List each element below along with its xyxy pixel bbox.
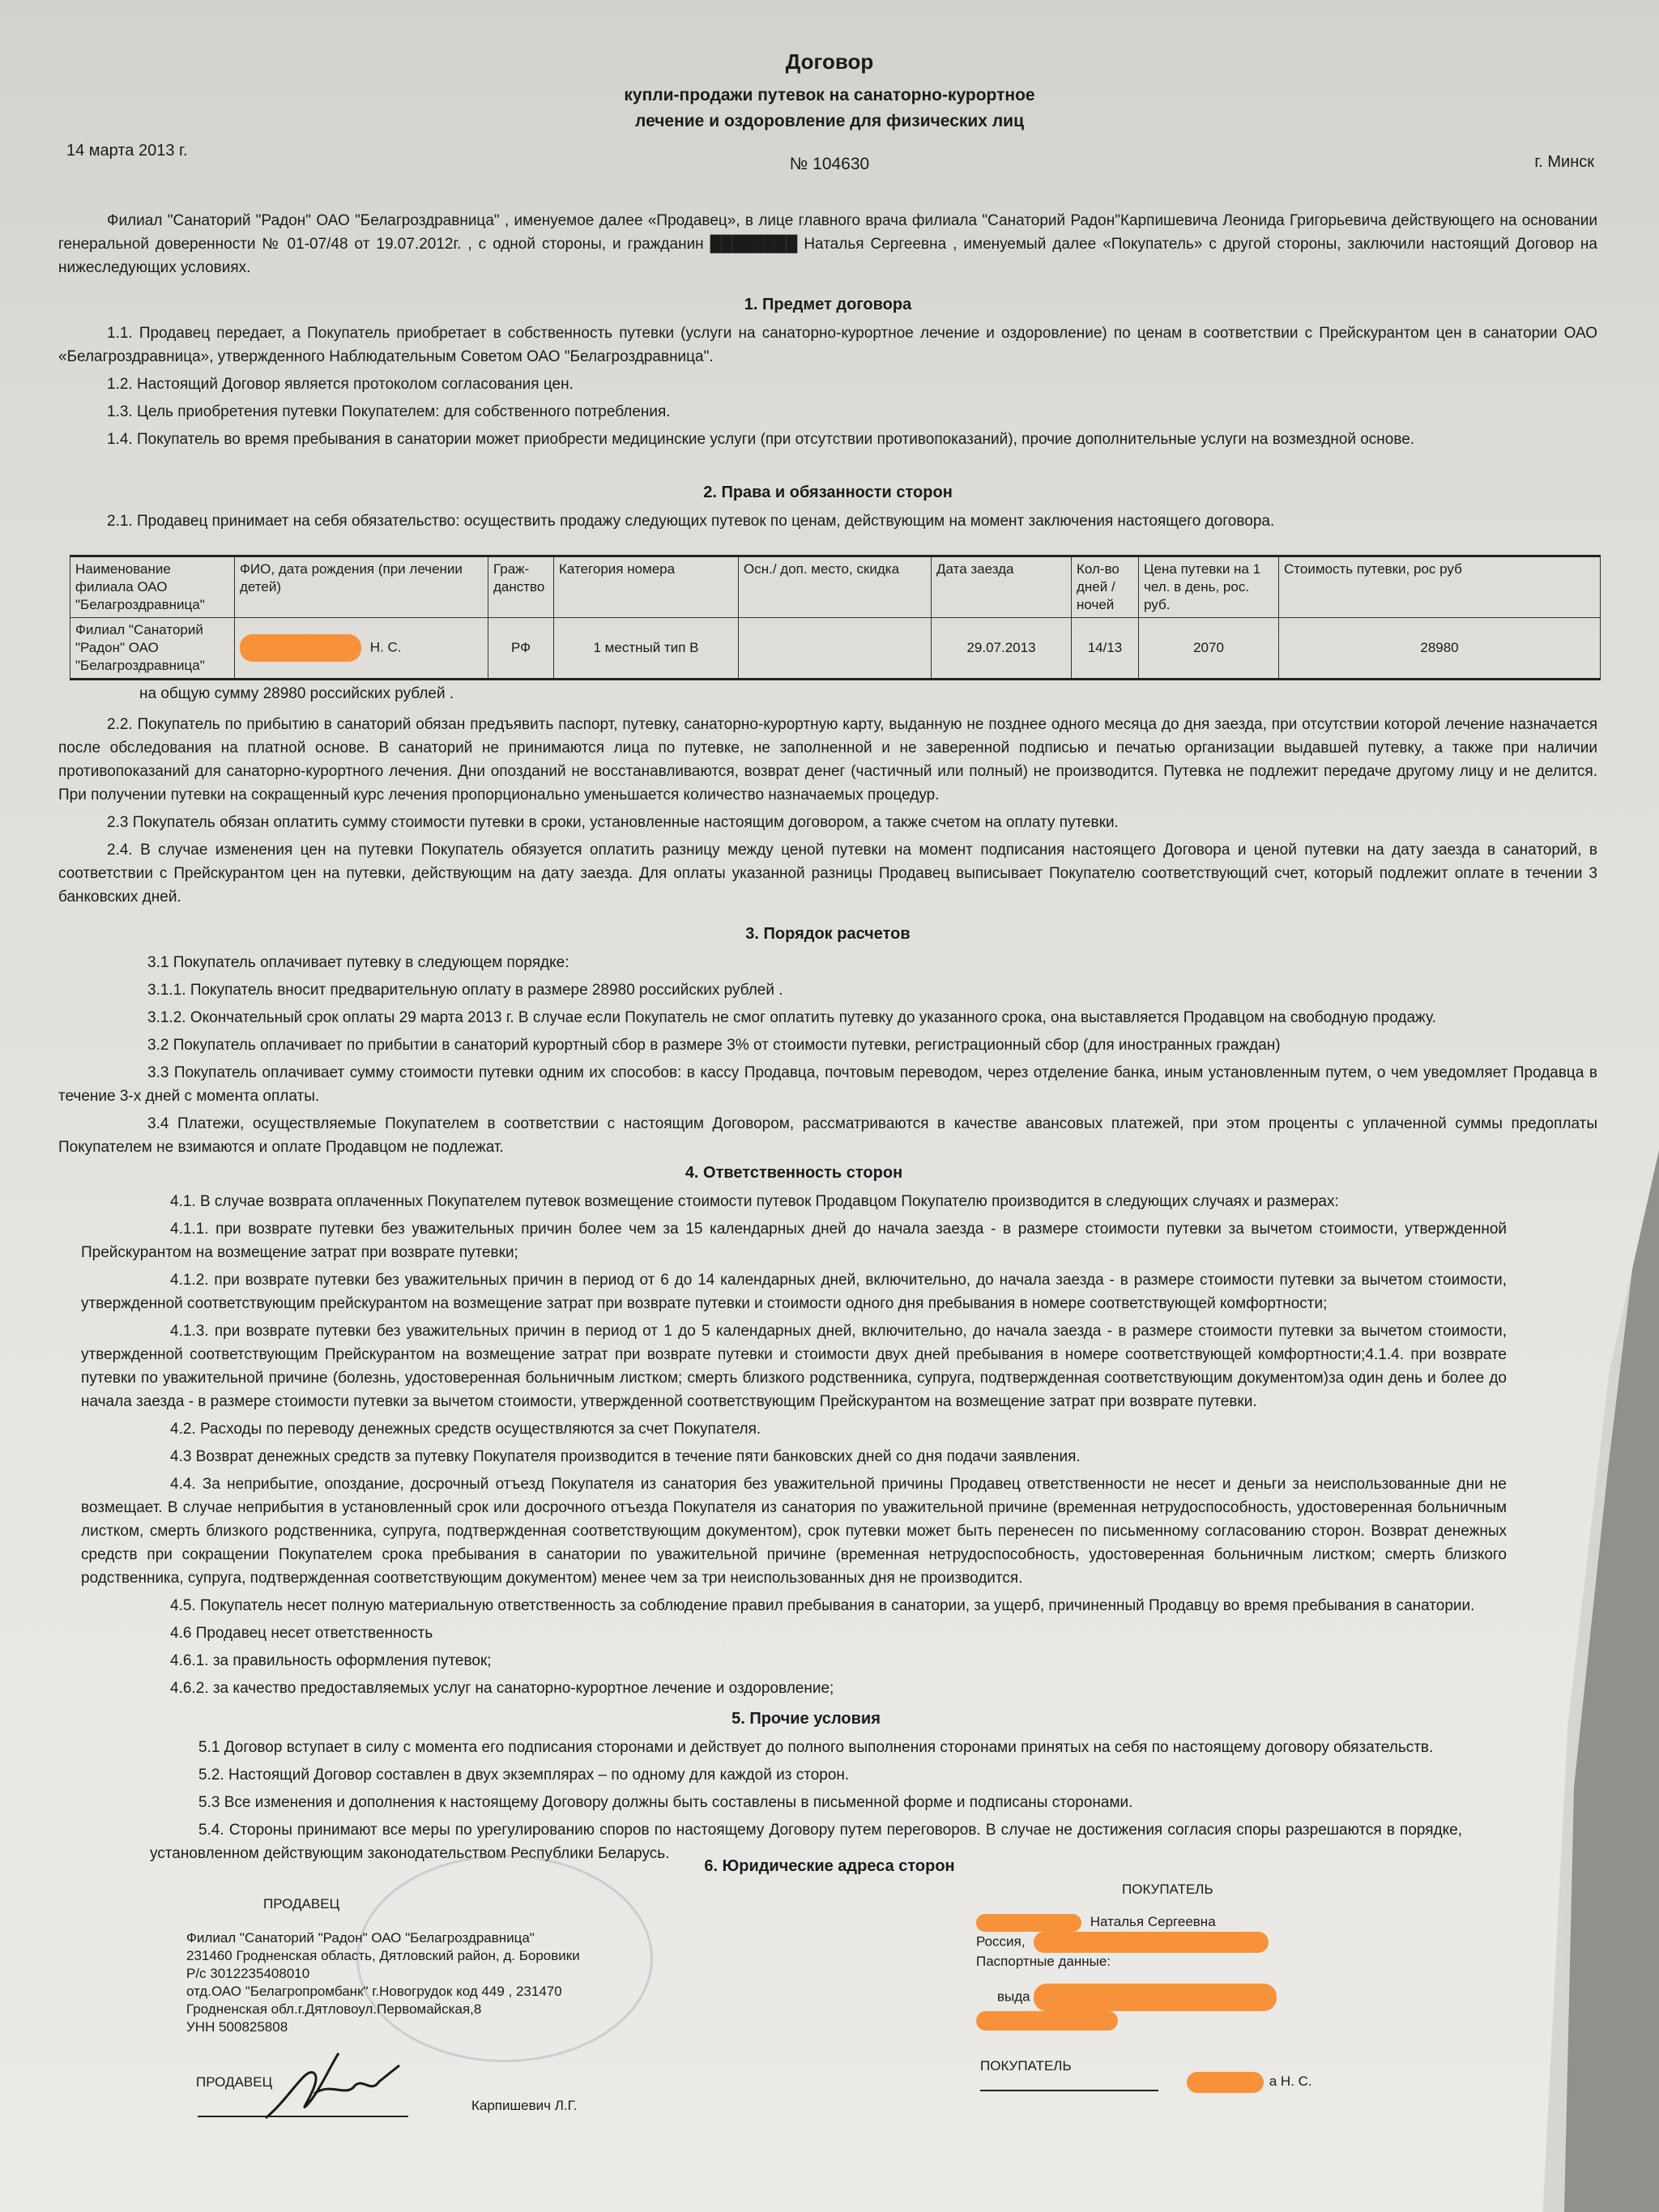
col-price-per-day: Цена путевки на 1 чел. в день, рос. руб. [1139,556,1279,618]
seller-line: УНН 500825808 [186,2018,672,2036]
clause-3-1: 3.1 Покупатель оплачивает путевку в след… [58,951,1597,974]
clause-4-6: 4.6 Продавец несет ответственность [81,1622,1507,1645]
table-header-row: Наименование филиала ОАО "Белагроздравни… [70,556,1601,618]
seller-signature-line [198,2116,408,2117]
document-subtitle: купли-продажи путевок на санаторно-курор… [0,83,1659,134]
subtitle-line-1: купли-продажи путевок на санаторно-курор… [0,83,1659,109]
col-total-cost: Стоимость путевки, рос руб [1279,556,1601,618]
clause-4-1: 4.1. В случае возврата оплаченных Покупа… [81,1190,1507,1213]
col-days-nights: Кол-во дней / ночей [1072,556,1139,618]
buyer-issued-line: выда [997,1984,1462,2011]
clause-4-2: 4.2. Расходы по переводу денежных средст… [81,1417,1507,1441]
clause-3-1-1: 3.1.1. Покупатель вносит предварительную… [58,978,1597,1002]
clause-4-6-1: 4.6.1. за правильность оформления путево… [81,1649,1507,1673]
clause-5-2: 5.2. Настоящий Договор составлен в двух … [150,1763,1462,1787]
section-heading: 2. Права и обязанности сторон [58,481,1597,505]
seller-label: ПРОДАВЕЦ [263,1895,672,1913]
redaction-mark [1187,2072,1264,2093]
redaction-mark [976,2011,1118,2031]
section-heading: 4. Ответственность сторон [81,1161,1507,1185]
trips-table: Наименование филиала ОАО "Белагроздравни… [70,555,1601,680]
col-room-category: Категория номера [554,556,739,618]
section-6-heading: 6. Юридические адреса сторон [0,1855,1659,1878]
clause-5-3: 5.3 Все изменения и дополнения к настоящ… [150,1791,1462,1814]
buyer-passport-label: Паспортные данные: [976,1953,1462,1971]
cell-citizenship: РФ [488,618,554,680]
contract-city: г. Минск [1534,151,1594,174]
seller-line: 231460 Гродненская область, Дятловский р… [186,1947,672,1965]
clause-1-2: 1.2. Настоящий Договор является протокол… [58,373,1597,396]
seller-sign-label: ПРОДАВЕЦ [196,2070,272,2094]
section-5: 5. Прочие условия 5.1 Договор вступает в… [150,1704,1462,1869]
redaction-mark [976,1914,1081,1932]
clause-1-3: 1.3. Цель приобретения путевки Покупател… [58,400,1597,424]
seller-details: ПРОДАВЕЦ Филиал "Санаторий "Радон" ОАО "… [186,1895,672,2036]
clause-4-1-2: 4.1.2. при возврате путевки без уважител… [81,1268,1507,1315]
cell-fio: Н. С. [235,618,488,680]
section-heading: 3. Порядок расчетов [58,923,1597,946]
clause-4-4: 4.4. За неприбытие, опоздание, досрочный… [81,1473,1507,1590]
seller-sign-name: Карпишевич Л.Г. [471,2094,577,2117]
cell-total-cost: 28980 [1279,618,1601,680]
clause-3-1-2: 3.1.2. Окончательный срок оплаты 29 март… [58,1006,1597,1029]
buyer-country-line: Россия, [976,1932,1462,1953]
buyer-sign-label: ПОКУПАТЕЛЬ [980,2054,1072,2078]
col-fio: ФИО, дата рождения (при лечении детей) [235,556,488,618]
seller-line: Филиал "Санаторий "Радон" ОАО "Белагрозд… [186,1929,672,1947]
col-citizenship: Граж-данство [488,556,554,618]
section-2-header: 2. Права и обязанности сторон 2.1. Прода… [58,478,1597,537]
clause-1-4: 1.4. Покупатель во время пребывания в са… [58,428,1597,451]
total-sum: на общую сумму 28980 российских рублей . [139,682,454,705]
clause-3-4: 3.4 Платежи, осуществляемые Покупателем … [58,1112,1597,1159]
buyer-signature-line [980,2090,1158,2091]
clause-4-3: 4.3 Возврат денежных средств за путевку … [81,1445,1507,1468]
col-arrival-date: Дата заезда [932,556,1072,618]
section-4: 4. Ответственность сторон 4.1. В случае … [81,1158,1507,1704]
buyer-issued: выда [997,1988,1030,2004]
cell-room-category: 1 местный тип В [554,618,739,680]
col-place-discount: Осн./ доп. место, скидка [739,556,932,618]
buyer-sign-name: а Н. С. [1187,2069,1312,2093]
section-1: 1. Предмет договора 1.1. Продавец переда… [58,290,1597,455]
cell-price-per-day: 2070 [1139,618,1279,680]
clause-4-1-1: 4.1.1. при возврате путевки без уважител… [81,1217,1507,1264]
seller-line: отд.ОАО "Белагропромбанк" г.Новогрудок к… [186,1983,672,2001]
seller-signature [258,2049,420,2122]
section-heading: 1. Предмет договора [58,293,1597,317]
redaction-mark [1034,1984,1277,2011]
clause-4-5: 4.5. Покупатель несет полную материальну… [81,1594,1507,1617]
clause-4-1-3: 4.1.3. при возврате путевки без уважител… [81,1319,1507,1413]
col-branch: Наименование филиала ОАО "Белагроздравни… [70,556,235,618]
section-3: 3. Порядок расчетов 3.1 Покупатель оплач… [58,919,1597,1163]
buyer-name-line: Наталья Сергеевна [976,1913,1462,1932]
seller-line: Р/с 3012235408010 [186,1965,672,1983]
buyer-name: Наталья Сергеевна [1090,1914,1216,1929]
contract-number: № 104630 [0,152,1659,176]
cell-fio-initials: Н. С. [370,639,402,654]
clause-3-2: 3.2 Покупатель оплачивает по прибытии в … [58,1034,1597,1057]
subtitle-line-2: лечение и оздоровление для физических ли… [0,109,1659,134]
clause-2-3: 2.3 Покупатель обязан оплатить сумму сто… [58,811,1597,834]
clause-2-4: 2.4. В случае изменения цен на путевки П… [58,838,1597,909]
seller-line: Гродненская обл.г.Дятловоул.Первомайская… [186,2001,672,2018]
redaction-mark [240,634,361,662]
buyer-details: ПОКУПАТЕЛЬ Наталья Сергеевна Россия, Пас… [976,1881,1462,2031]
clause-4-6-2: 4.6.2. за качество предоставляемых услуг… [81,1677,1507,1700]
buyer-redacted-line [976,2011,1462,2031]
intro-paragraph: Филиал "Санаторий "Радон" ОАО "Белагрозд… [58,209,1597,283]
section-2-clauses: 2.2. Покупатель по прибытию в санаторий … [58,713,1597,913]
buyer-country: Россия, [976,1933,1025,1949]
clause-5-1: 5.1 Договор вступает в силу с момента ег… [150,1736,1462,1759]
buyer-sign-initials: а Н. С. [1269,2073,1312,2089]
intro-text: Филиал "Санаторий "Радон" ОАО "Белагрозд… [58,209,1597,279]
clause-2-1: 2.1. Продавец принимает на себя обязател… [58,509,1597,533]
section-heading: 5. Прочие условия [150,1707,1462,1731]
clause-3-3: 3.3 Покупатель оплачивает сумму стоимост… [58,1061,1597,1108]
buyer-label: ПОКУПАТЕЛЬ [1122,1881,1462,1899]
cell-days-nights: 14/13 [1072,618,1139,680]
clause-2-2: 2.2. Покупатель по прибытию в санаторий … [58,713,1597,807]
document-title: Договор [0,50,1659,74]
cell-arrival-date: 29.07.2013 [932,618,1072,680]
cell-place-discount [739,618,932,680]
clause-1-1: 1.1. Продавец передает, а Покупатель при… [58,322,1597,369]
redaction-mark [1034,1932,1269,1953]
table-row: Филиал "Санаторий "Радон" ОАО "Белагрозд… [70,618,1601,680]
cell-branch: Филиал "Санаторий "Радон" ОАО "Белагрозд… [70,618,235,680]
